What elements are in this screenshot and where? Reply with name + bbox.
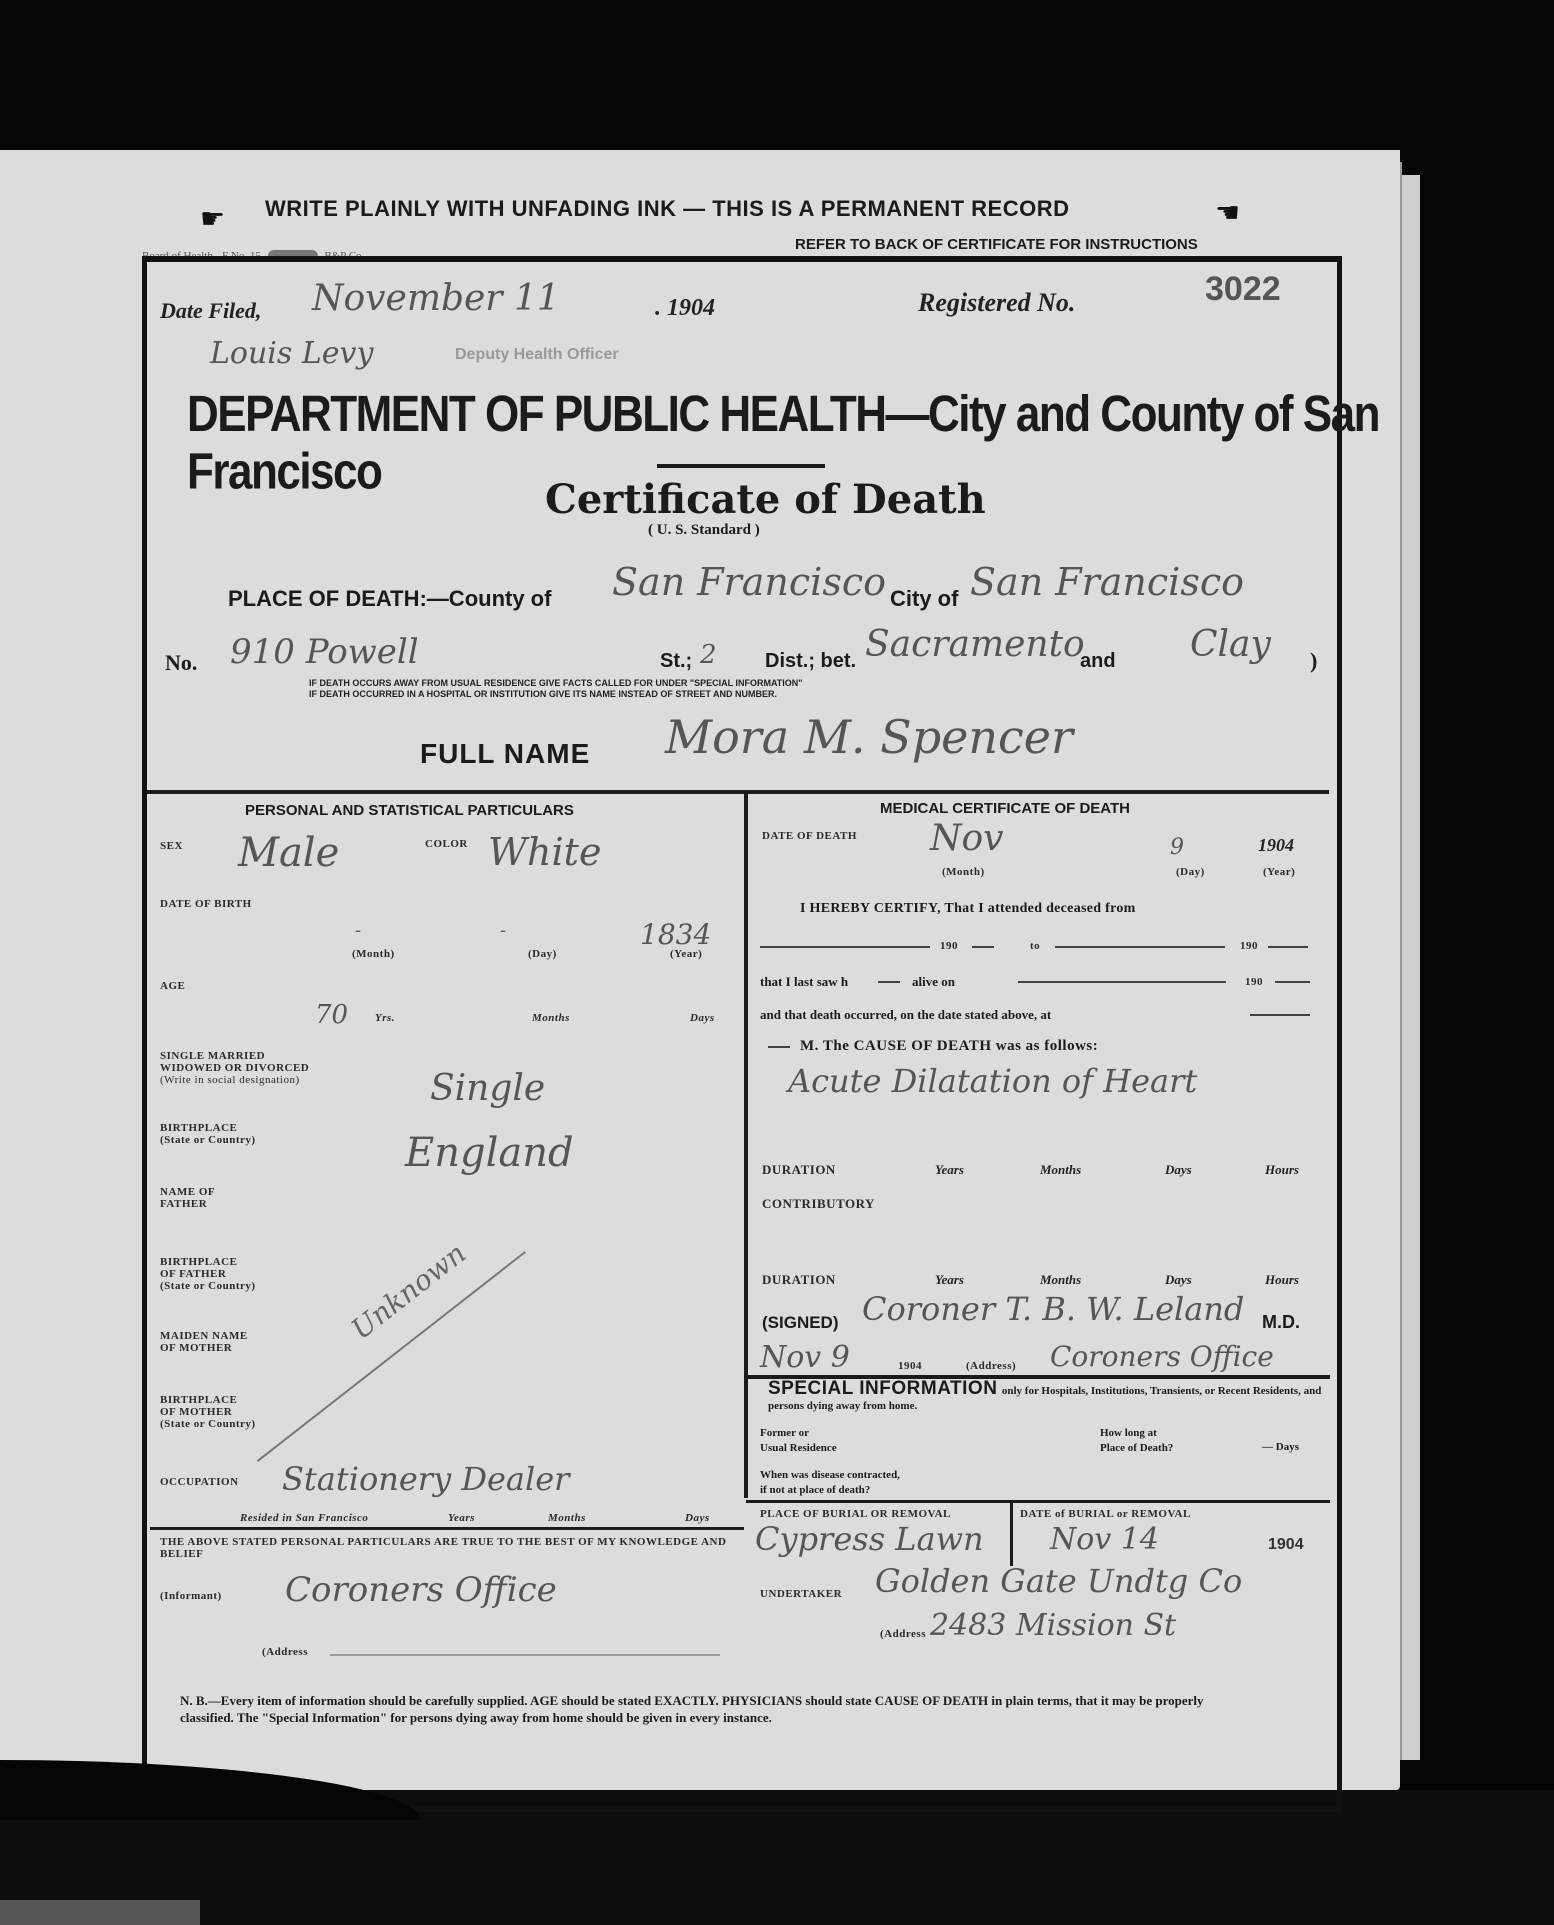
contributory-label: CONTRIBUTORY bbox=[762, 1198, 875, 1210]
section-divider bbox=[147, 790, 1329, 794]
between-street-1: Sacramento bbox=[865, 624, 1085, 665]
color-label: COLOR bbox=[425, 838, 468, 850]
burial-year: 1904 bbox=[1268, 1536, 1304, 1554]
alive-on-year: 190 bbox=[1245, 976, 1263, 988]
age-label: AGE bbox=[160, 980, 185, 992]
duration-hours: Hours bbox=[1265, 1162, 1299, 1178]
burial-date-label: DATE of BURIAL or REMOVAL bbox=[1020, 1508, 1191, 1520]
deputy-title: Deputy Health Officer bbox=[455, 346, 619, 364]
closing-paren: ) bbox=[1310, 648, 1317, 674]
personal-heading: PERSONAL AND STATISTICAL PARTICULARS bbox=[245, 802, 574, 819]
burial-date: Nov 14 bbox=[1050, 1522, 1159, 1557]
marital-value: Single bbox=[430, 1068, 545, 1109]
duration-months-2: Months bbox=[1040, 1272, 1081, 1288]
burial-divider bbox=[746, 1500, 1330, 1503]
registered-number: 3022 bbox=[1205, 270, 1281, 309]
dod-day: 9 bbox=[1170, 835, 1184, 860]
place-of-death-label: PLACE OF DEATH:—County of bbox=[228, 586, 551, 612]
certificate-title: Certificate of Death bbox=[545, 476, 986, 523]
sex-label: SEX bbox=[160, 840, 183, 852]
duration-label: DURATION bbox=[762, 1164, 836, 1176]
sex-value: Male bbox=[238, 830, 339, 876]
signed-date: Nov 9 bbox=[760, 1340, 850, 1375]
medical-heading: MEDICAL CERTIFICATE OF DEATH bbox=[880, 800, 1130, 817]
background-patch bbox=[0, 1900, 200, 1925]
birthplace-value: England bbox=[405, 1130, 574, 1176]
resided-days-caption: Days bbox=[685, 1512, 710, 1524]
how-long-label: How long at Place of Death? bbox=[1100, 1426, 1173, 1456]
age-years-caption: Yrs. bbox=[375, 1012, 395, 1024]
undertaker-label: UNDERTAKER bbox=[760, 1588, 842, 1600]
informant-address-line bbox=[330, 1654, 720, 1656]
informant-value: Coroners Office bbox=[285, 1570, 557, 1610]
duration-days-2: Days bbox=[1165, 1272, 1192, 1288]
occurred-label: and that death occurred, on the date sta… bbox=[760, 1007, 1051, 1023]
duration-days: Days bbox=[1165, 1162, 1192, 1178]
md-label: M.D. bbox=[1262, 1312, 1300, 1333]
duration-label-2: DURATION bbox=[762, 1274, 836, 1286]
county-value: San Francisco bbox=[612, 560, 886, 604]
age-months-caption: Months bbox=[532, 1012, 570, 1024]
dob-month: - bbox=[355, 920, 361, 941]
resided-months-caption: Months bbox=[548, 1512, 586, 1524]
undertaker-address-label: (Address bbox=[880, 1628, 926, 1640]
last-saw-pronoun-line bbox=[878, 981, 900, 983]
duration-hours-2: Hours bbox=[1265, 1272, 1299, 1288]
informant-address-label: (Address bbox=[262, 1646, 308, 1658]
last-saw-label: that I last saw h bbox=[760, 974, 848, 990]
column-divider bbox=[744, 792, 748, 1498]
alive-on-line bbox=[1018, 981, 1226, 983]
street-address: 910 Powell bbox=[230, 632, 419, 672]
medical-address-label: (Address) bbox=[966, 1360, 1016, 1372]
former-residence-label: Former or Usual Residence bbox=[760, 1426, 837, 1456]
father-name-label: NAME OF FATHER bbox=[160, 1186, 215, 1210]
special-heading: SPECIAL INFORMATION only for Hospitals, … bbox=[768, 1382, 1328, 1413]
certify-statement: I HEREBY CERTIFY, That I attended deceas… bbox=[800, 901, 1136, 917]
burial-place-label: PLACE OF BURIAL OR REMOVAL bbox=[760, 1508, 951, 1520]
date-filed-value: November 11 bbox=[312, 278, 560, 319]
duration-years-2: Years bbox=[935, 1272, 964, 1288]
cause-value: Acute Dilatation of Heart bbox=[788, 1062, 1197, 1100]
occupation-value: Stationery Dealer bbox=[282, 1460, 569, 1498]
city-value: San Francisco bbox=[970, 560, 1244, 604]
pointing-hand-icon: ☛ bbox=[200, 202, 225, 235]
resided-label: Resided in San Francisco bbox=[240, 1512, 368, 1524]
pointing-hand-icon: ☛ bbox=[1215, 196, 1240, 229]
mother-birthplace-label: BIRTHPLACE OF MOTHER (State or Country) bbox=[160, 1394, 256, 1430]
informant-label: (Informant) bbox=[160, 1590, 222, 1602]
full-name-value: Mora M. Spencer bbox=[665, 710, 1073, 764]
deputy-signature: Louis Levy bbox=[210, 336, 373, 371]
father-birthplace-label: BIRTHPLACE OF FATHER (State or Country) bbox=[160, 1256, 256, 1292]
instructions-note: REFER TO BACK OF CERTIFICATE FOR INSTRUC… bbox=[795, 236, 1198, 253]
dob-day: - bbox=[500, 920, 506, 941]
standard-note: ( U. S. Standard ) bbox=[648, 522, 760, 539]
dod-month: Nov bbox=[930, 818, 1004, 859]
registered-label: Registered No. bbox=[918, 288, 1075, 318]
attended-to-yr-line bbox=[1268, 946, 1308, 948]
dob-year: 1834 bbox=[640, 918, 711, 951]
contracted-label: When was disease contracted, if not at p… bbox=[760, 1468, 900, 1498]
banner: WRITE PLAINLY WITH UNFADING INK — THIS I… bbox=[265, 196, 1070, 222]
attended-from-line bbox=[760, 946, 930, 948]
duration-months: Months bbox=[1040, 1162, 1081, 1178]
street-label: St.; bbox=[660, 650, 692, 673]
and-label: and bbox=[1080, 650, 1116, 673]
undertaker-address: 2483 Mission St bbox=[930, 1608, 1176, 1643]
attended-to-label: to bbox=[1030, 940, 1040, 952]
attest-divider bbox=[150, 1527, 744, 1530]
birthplace-label: BIRTHPLACE (State or Country) bbox=[160, 1122, 256, 1146]
attended-from-yr-line bbox=[972, 946, 994, 948]
burial-column-divider bbox=[1010, 1502, 1013, 1566]
full-name-label: FULL NAME bbox=[420, 738, 590, 770]
burial-place: Cypress Lawn bbox=[755, 1520, 984, 1558]
age-days-caption: Days bbox=[690, 1012, 715, 1024]
death-certificate: ☛ WRITE PLAINLY WITH UNFADING INK — THIS… bbox=[0, 150, 1400, 1790]
dob-month-caption: (Month) bbox=[352, 948, 395, 960]
dod-year: 1904 bbox=[1258, 835, 1294, 856]
dob-year-caption: (Year) bbox=[670, 948, 702, 960]
age-years: 70 bbox=[315, 1000, 348, 1030]
color-value: White bbox=[488, 830, 601, 874]
attest-statement: THE ABOVE STATED PERSONAL PARTICULARS AR… bbox=[160, 1536, 730, 1560]
duration-years: Years bbox=[935, 1162, 964, 1178]
cause-label: M. The CAUSE OF DEATH was as follows: bbox=[800, 1038, 1098, 1055]
undertaker-value: Golden Gate Undtg Co bbox=[875, 1562, 1242, 1600]
marital-label: SINGLE MARRIED WIDOWED OR DIVORCED (Writ… bbox=[160, 1050, 309, 1086]
place-note: IF DEATH OCCURS AWAY FROM USUAL RESIDENC… bbox=[297, 678, 803, 700]
alive-on-label: alive on bbox=[912, 974, 955, 990]
cause-hour-line bbox=[768, 1046, 790, 1048]
occurred-line bbox=[1250, 1014, 1310, 1016]
resided-years-caption: Years bbox=[448, 1512, 475, 1524]
street-number-label: No. bbox=[165, 650, 197, 676]
dod-label: DATE OF DEATH bbox=[762, 830, 857, 842]
district-label: Dist.; bet. bbox=[765, 650, 856, 673]
alive-on-yr-line bbox=[1275, 981, 1310, 983]
dod-year-caption: (Year) bbox=[1263, 866, 1295, 878]
footer-note: N. B.—Every item of information should b… bbox=[180, 1692, 1260, 1726]
mother-name-label: MAIDEN NAME OF MOTHER bbox=[160, 1330, 248, 1354]
dod-month-caption: (Month) bbox=[942, 866, 985, 878]
attended-from-year: 190 bbox=[940, 940, 958, 952]
title-divider bbox=[657, 464, 825, 468]
occupation-label: OCCUPATION bbox=[160, 1476, 239, 1488]
attended-to-year: 190 bbox=[1240, 940, 1258, 952]
city-label: City of bbox=[890, 586, 958, 612]
how-long-days: — Days bbox=[1262, 1441, 1299, 1453]
between-street-2: Clay bbox=[1190, 624, 1271, 665]
dod-day-caption: (Day) bbox=[1176, 866, 1205, 878]
date-filed-year: . 1904 bbox=[655, 295, 715, 322]
date-filed-label: Date Filed, bbox=[160, 298, 261, 324]
dob-label: DATE OF BIRTH bbox=[160, 898, 252, 910]
signed-value: Coroner T. B. W. Leland bbox=[862, 1290, 1244, 1328]
attended-to-line bbox=[1055, 946, 1225, 948]
district-value: 2 bbox=[700, 640, 717, 670]
signed-year: 1904 bbox=[898, 1360, 922, 1372]
medical-address: Coroners Office bbox=[1050, 1340, 1274, 1373]
dob-day-caption: (Day) bbox=[528, 948, 557, 960]
signed-label: (SIGNED) bbox=[762, 1313, 839, 1333]
